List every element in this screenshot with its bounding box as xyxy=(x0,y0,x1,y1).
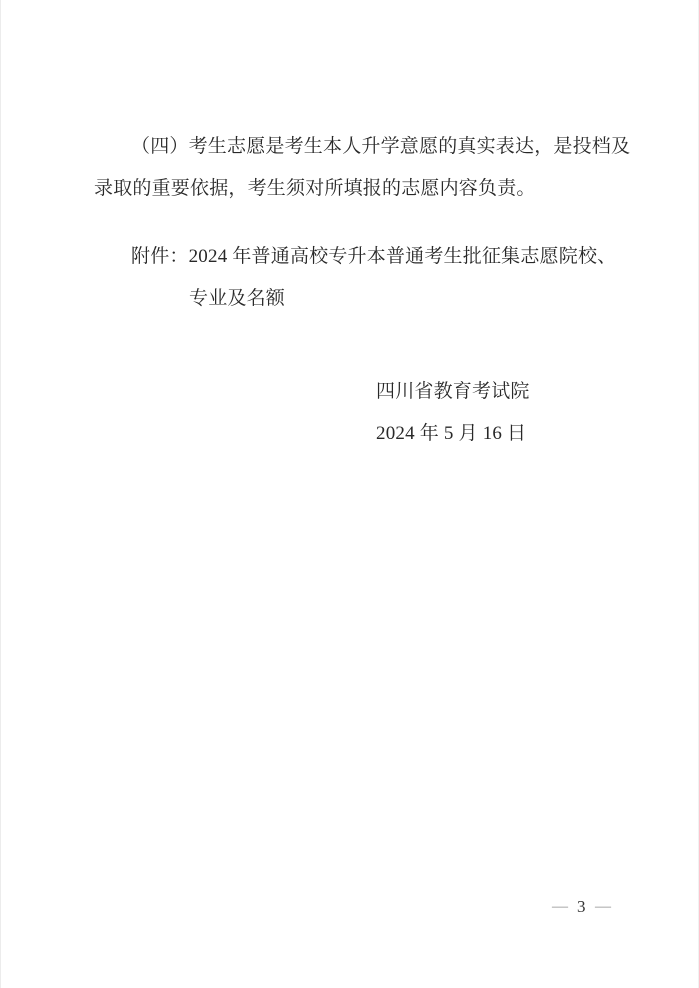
footer-dash-left: — xyxy=(552,896,568,918)
paragraph-line-2: 录取的重要依据，考生须对所填报的志愿内容负责。 xyxy=(94,168,634,210)
page-number: 3 xyxy=(577,896,586,918)
document-page: （四）考生志愿是考生本人升学意愿的真实表达，是投档及 录取的重要依据，考生须对所… xyxy=(0,0,699,988)
paragraph-line-1: （四）考生志愿是考生本人升学意愿的真实表达，是投档及 xyxy=(94,126,634,168)
issue-date: 2024 年 5 月 16 日 xyxy=(376,413,530,455)
attachment-line-1: 附件：2024 年普通高校专升本普通考生批征集志愿院校、 xyxy=(94,236,634,278)
attachment-note: 附件：2024 年普通高校专升本普通考生批征集志愿院校、 专业及名额 xyxy=(94,236,634,320)
signoff-block: 四川省教育考试院 2024 年 5 月 16 日 xyxy=(376,371,530,455)
page-footer: — 3 — xyxy=(552,896,611,918)
attachment-line-2: 专业及名额 xyxy=(94,278,634,320)
issuer-signature: 四川省教育考试院 xyxy=(376,371,530,413)
footer-dash-right: — xyxy=(595,896,611,918)
body-paragraph: （四）考生志愿是考生本人升学意愿的真实表达，是投档及 录取的重要依据，考生须对所… xyxy=(94,126,634,210)
